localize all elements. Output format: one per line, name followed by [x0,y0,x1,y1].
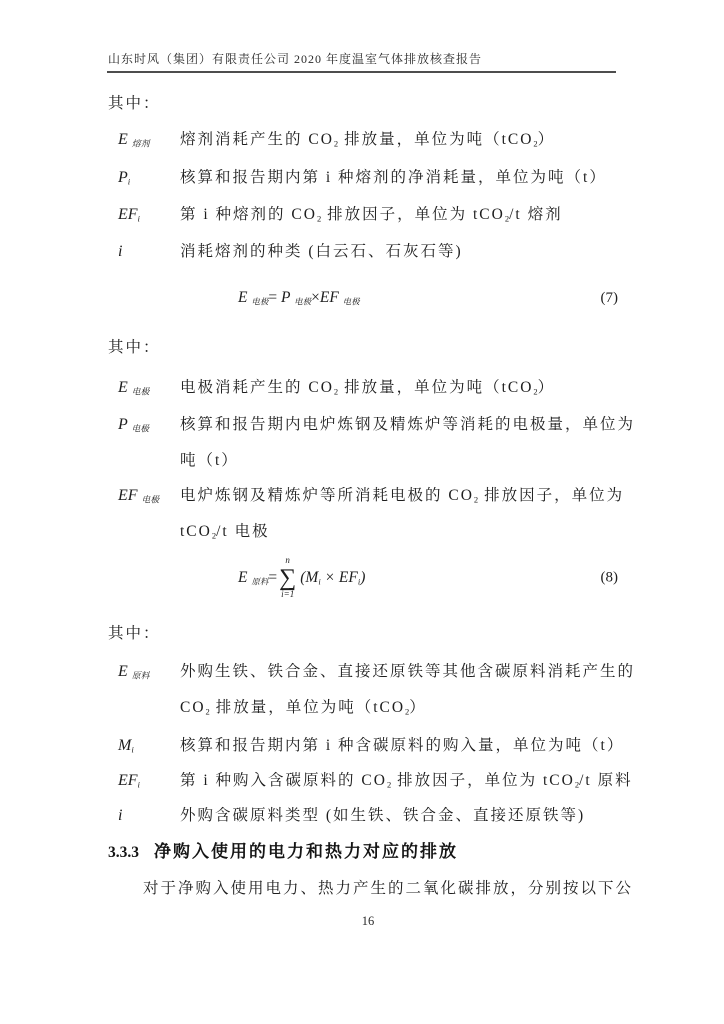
where-label-3: 其中： [108,616,161,652]
body-paragraph: 对于净购入使用电力、热力产生的二氧化碳排放，分别按以下公 [108,871,628,907]
definition-row: EFi 第 i 种购入含碳原料的 CO2 排放因子，单位为 tCO2/t 原料 [118,763,658,799]
definition-row: EFi 第 i 种熔剂的 CO2 排放因子，单位为 tCO2/t 熔剂 [118,197,658,233]
symbol-description: 电极消耗产生的 CO2 排放量，单位为吨（tCO2） [180,370,658,406]
section-heading-title: 净购入使用的电力和热力对应的排放 [154,842,458,861]
formula-8-number: (8) [601,570,619,587]
formula-8-expression: E 原料= n ∑ i=1 (Mi × EFi) [238,552,365,604]
symbol-description: 电炉炼钢及精炼炉等所消耗电极的 CO2 排放因子，单位为tCO2/t 电极 [180,478,658,550]
symbol-term: E 原料 [118,654,149,690]
symbol-term: E 熔剂 [118,122,149,158]
formula-7: E 电极= P 电极×EF 电极 (7) [108,283,628,313]
definition-row: E 原料 外购生铁、铁合金、直接还原铁等其他含碳原料消耗产生的CO2 排放量，单… [118,654,658,726]
formula-8-rhs: (Mi × EFi) [300,569,365,587]
symbol-term: E 电极 [118,370,149,406]
symbol-description: 核算和报告期内第 i 种熔剂的净消耗量，单位为吨（t） [180,160,658,196]
formula-8-lhs: E 原料= [238,569,277,587]
formula-7-expression: E 电极= P 电极×EF 电极 [238,283,628,313]
definition-row: Pi 核算和报告期内第 i 种熔剂的净消耗量，单位为吨（t） [118,160,658,196]
definition-row: i 外购含碳原料类型 (如生铁、铁合金、直接还原铁等) [118,798,658,834]
symbol-term: i [118,798,122,834]
symbol-description: 外购生铁、铁合金、直接还原铁等其他含碳原料消耗产生的CO2 排放量，单位为吨（t… [180,654,658,726]
section-heading: 3.3.3净购入使用的电力和热力对应的排放 [108,834,458,871]
document-header-title: 山东时风（集团）有限责任公司 2020 年度温室气体排放核查报告 [108,50,628,67]
formula-8: E 原料= n ∑ i=1 (Mi × EFi) (8) [108,552,628,604]
formula-7-number: (7) [601,283,619,313]
symbol-description: 第 i 种购入含碳原料的 CO2 排放因子，单位为 tCO2/t 原料 [180,763,658,799]
symbol-term: P 电极 [118,407,149,443]
definition-row: E 电极 电极消耗产生的 CO2 排放量，单位为吨（tCO2） [118,370,658,406]
header-rule [107,71,616,73]
section-heading-number: 3.3.3 [108,844,139,861]
symbol-term: EF 电极 [118,478,159,514]
sigma-icon: ∑ [279,566,296,590]
symbol-description: 消耗熔剂的种类 (白云石、石灰石等) [180,234,658,270]
symbol-term: Mi [118,728,134,764]
symbol-description: 外购含碳原料类型 (如生铁、铁合金、直接还原铁等) [180,798,658,834]
symbol-term: EFi [118,197,140,233]
symbol-description: 核算和报告期内第 i 种含碳原料的购入量，单位为吨（t） [180,728,658,764]
sum-lower-limit: i=1 [281,590,294,600]
symbol-description: 熔剂消耗产生的 CO2 排放量，单位为吨（tCO2） [180,122,658,158]
symbol-term: EFi [118,763,140,799]
definition-row: i 消耗熔剂的种类 (白云石、石灰石等) [118,234,658,270]
where-label-1: 其中： [108,86,161,122]
document-page: 山东时风（集团）有限责任公司 2020 年度温室气体排放核查报告 其中： E 熔… [0,0,724,1024]
definition-row: E 熔剂 熔剂消耗产生的 CO2 排放量，单位为吨（tCO2） [118,122,658,158]
symbol-description: 核算和报告期内电炉炼钢及精炼炉等消耗的电极量，单位为吨（t） [180,407,658,479]
page-number: 16 [108,912,628,930]
definition-row: P 电极 核算和报告期内电炉炼钢及精炼炉等消耗的电极量，单位为吨（t） [118,407,658,479]
symbol-term: i [118,234,122,270]
symbol-description: 第 i 种熔剂的 CO2 排放因子，单位为 tCO2/t 熔剂 [180,197,658,233]
definition-row: EF 电极 电炉炼钢及精炼炉等所消耗电极的 CO2 排放因子，单位为tCO2/t… [118,478,658,550]
where-label-2: 其中： [108,330,161,366]
definition-row: Mi 核算和报告期内第 i 种含碳原料的购入量，单位为吨（t） [118,728,658,764]
symbol-term: Pi [118,160,130,196]
summation-symbol: n ∑ i=1 [279,556,296,600]
